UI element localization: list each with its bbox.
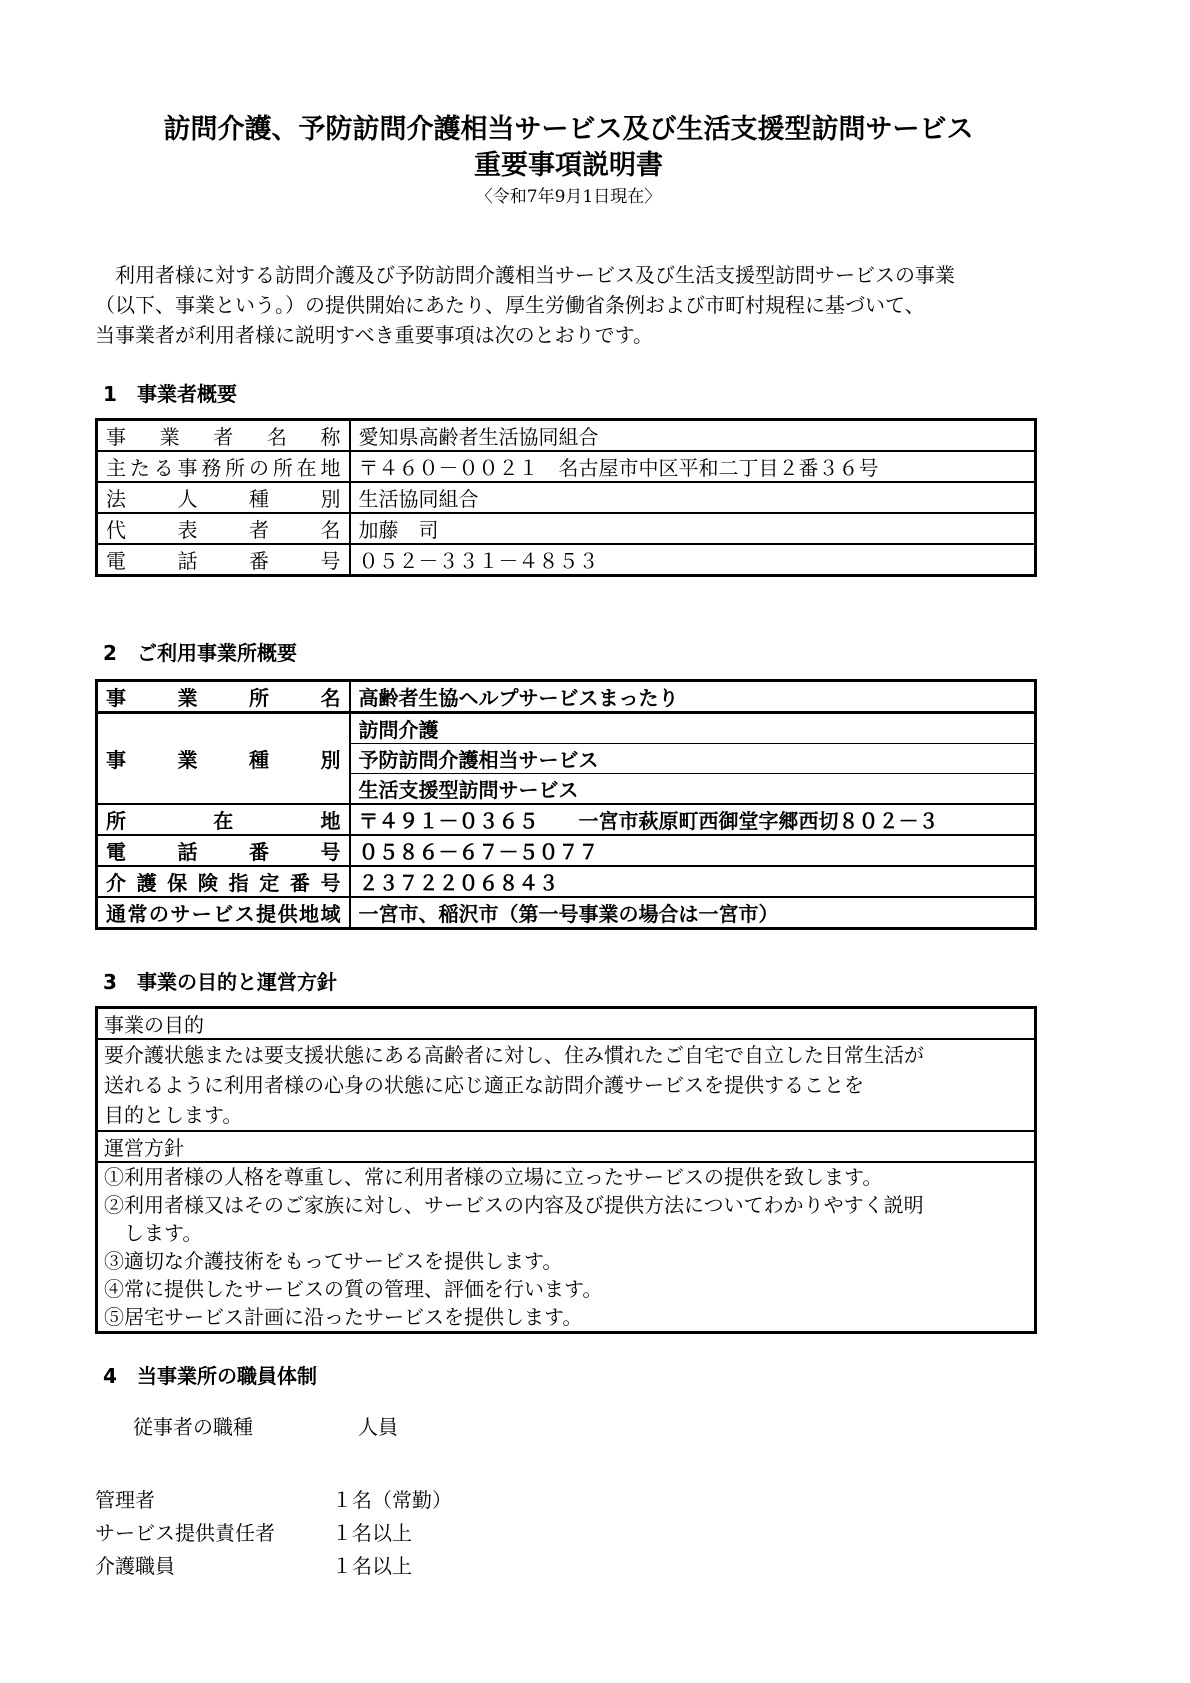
document-title-line-1: 訪問介護、予防訪問介護相当サービス及び生活支援型訪問サービス	[95, 112, 1042, 148]
section-4-number: 4	[103, 1362, 137, 1390]
insurance-number-value: ２３７２２０６８４３	[350, 866, 1036, 897]
policy-text: ①利用者様の人格を尊重し、常に利用者様の立場に立ったサービスの提供を致します。 …	[97, 1162, 1036, 1333]
office-phone-value: ０５８６－６７－５０７７	[350, 835, 1036, 866]
table-row: 電 話 番 号 ０５２－３３１－４８５３	[97, 544, 1036, 576]
section-1-number: 1	[103, 380, 137, 408]
policy-line: ④常に提供したサービスの質の管理、評価を行います。	[104, 1275, 1028, 1303]
table-row: 事業の目的	[97, 1008, 1036, 1040]
section-4-heading: 4当事業所の職員体制	[95, 1362, 1042, 1390]
office-phone-label: 電 話 番 号	[97, 835, 350, 866]
representative-value: 加藤 司	[350, 513, 1036, 544]
policy-line: ①利用者様の人格を尊重し、常に利用者様の立場に立ったサービスの提供を致します。	[104, 1163, 1028, 1191]
head-office-address-label: 主たる事務所の所在地	[97, 451, 350, 482]
service-area-value: 一宮市、稲沢市（第一号事業の場合は一宮市）	[350, 897, 1036, 929]
staff-role: サービス提供責任者	[95, 1517, 332, 1550]
corporation-type-value: 生活協同組合	[350, 482, 1036, 513]
table-row: 事 業 種 別 訪問介護	[97, 713, 1036, 744]
provider-overview-table: 事 業 者 名 称 愛知県高齢者生活協同組合 主たる事務所の所在地 〒４６０－０…	[95, 418, 1037, 577]
insurance-number-label: 介 護 保 険 指 定 番 号	[97, 866, 350, 897]
intro-line: 当事業者が利用者様に説明すべき重要事項は次のとおりです。	[95, 320, 1042, 350]
staff-table-header: 従事者の職種 人員	[95, 1412, 1042, 1442]
table-row: 主たる事務所の所在地 〒４６０－００２１ 名古屋市中区平和二丁目２番３６号	[97, 451, 1036, 482]
office-address-value: 〒４９１－０３６５ 一宮市萩原町西御堂字郷西切８０２－３	[350, 804, 1036, 835]
business-type-value: 予防訪問介護相当サービス	[350, 744, 1036, 774]
business-type-value: 訪問介護	[350, 713, 1036, 744]
table-row: 介 護 保 険 指 定 番 号 ２３７２２０６８４３	[97, 866, 1036, 897]
office-overview-table: 事 業 所 名 高齢者生協ヘルプサービスまったり 事 業 種 別 訪問介護 予防…	[95, 679, 1037, 930]
purpose-text: 要介護状態または要支援状態にある高齢者に対し、住み慣れたご自宅で自立した日常生活…	[97, 1039, 1036, 1131]
policy-line: します。	[104, 1219, 1028, 1247]
purpose-line: 要介護状態または要支援状態にある高齢者に対し、住み慣れたご自宅で自立した日常生活…	[104, 1040, 1028, 1070]
purpose-header: 事業の目的	[97, 1008, 1036, 1040]
section-3-number: 3	[103, 968, 137, 996]
document-page: 訪問介護、予防訪問介護相当サービス及び生活支援型訪問サービス 重要事項説明書 〈…	[0, 0, 1190, 1683]
staff-role-header: 従事者の職種	[133, 1412, 358, 1442]
table-row: ①利用者様の人格を尊重し、常に利用者様の立場に立ったサービスの提供を致します。 …	[97, 1162, 1036, 1333]
provider-name-value: 愛知県高齢者生活協同組合	[350, 420, 1036, 452]
table-row: 代 表 者 名 加藤 司	[97, 513, 1036, 544]
office-name-label: 事 業 所 名	[97, 681, 350, 713]
policy-line: ⑤居宅サービス計画に沿ったサービスを提供します。	[104, 1303, 1028, 1331]
document-title-line-2: 重要事項説明書	[95, 148, 1042, 184]
staff-count-header: 人員	[358, 1412, 398, 1442]
business-type-label: 事 業 種 別	[97, 713, 350, 805]
representative-label: 代 表 者 名	[97, 513, 350, 544]
business-type-value: 生活支援型訪問サービス	[350, 774, 1036, 805]
table-row: 事 業 所 名 高齢者生協ヘルプサービスまったり	[97, 681, 1036, 713]
service-area-label: 通常のサービス提供地域	[97, 897, 350, 929]
table-row: 法 人 種 別 生活協同組合	[97, 482, 1036, 513]
staff-count: １名以上	[332, 1550, 412, 1583]
corporation-type-label: 法 人 種 別	[97, 482, 350, 513]
section-3-title: 事業の目的と運営方針	[137, 970, 337, 994]
staff-count: １名（常勤）	[332, 1484, 452, 1517]
purpose-line: 送れるように利用者様の心身の状態に応じ適正な訪問介護サービスを提供することを	[104, 1070, 1028, 1100]
office-address-label: 所 在 地	[97, 804, 350, 835]
staff-row: 管理者 １名（常勤）	[95, 1484, 1042, 1517]
intro-line: 利用者様に対する訪問介護及び予防訪問介護相当サービス及び生活支援型訪問サービスの…	[95, 260, 1042, 290]
staff-list: 管理者 １名（常勤） サービス提供責任者 １名以上 介護職員 １名以上	[95, 1484, 1042, 1583]
provider-phone-label: 電 話 番 号	[97, 544, 350, 576]
staff-count: １名以上	[332, 1517, 412, 1550]
date-note: 〈令和7年9月1日現在〉	[95, 184, 1042, 210]
staff-role: 管理者	[95, 1484, 332, 1517]
provider-phone-value: ０５２－３３１－４８５３	[350, 544, 1036, 576]
section-1-title: 事業者概要	[137, 382, 237, 406]
staff-role: 介護職員	[95, 1550, 332, 1583]
table-row: 電 話 番 号 ０５８６－６７－５０７７	[97, 835, 1036, 866]
table-row: 要介護状態または要支援状態にある高齢者に対し、住み慣れたご自宅で自立した日常生活…	[97, 1039, 1036, 1131]
office-name-value: 高齢者生協ヘルプサービスまったり	[350, 681, 1036, 713]
purpose-line: 目的とします。	[104, 1100, 1028, 1130]
staff-row: サービス提供責任者 １名以上	[95, 1517, 1042, 1550]
policy-line: ②利用者様又はそのご家族に対し、サービスの内容及び提供方法についてわかりやすく説…	[104, 1191, 1028, 1219]
document-content: 訪問介護、予防訪問介護相当サービス及び生活支援型訪問サービス 重要事項説明書 〈…	[95, 112, 1042, 1583]
intro-paragraph: 利用者様に対する訪問介護及び予防訪問介護相当サービス及び生活支援型訪問サービスの…	[95, 260, 1042, 350]
section-3-heading: 3事業の目的と運営方針	[95, 968, 1042, 996]
section-2-number: 2	[103, 639, 137, 667]
section-4-title: 当事業所の職員体制	[137, 1364, 317, 1388]
provider-name-label: 事 業 者 名 称	[97, 420, 350, 452]
section-1-heading: 1事業者概要	[95, 380, 1042, 408]
policy-header: 運営方針	[97, 1131, 1036, 1162]
section-2-heading: 2ご利用事業所概要	[95, 639, 1042, 667]
staff-row: 介護職員 １名以上	[95, 1550, 1042, 1583]
policy-line: ③適切な介護技術をもってサービスを提供します。	[104, 1247, 1028, 1275]
intro-line: （以下、事業という。）の提供開始にあたり、厚生労働省条例および市町村規程に基づい…	[95, 290, 1042, 320]
head-office-address-value: 〒４６０－００２１ 名古屋市中区平和二丁目２番３６号	[350, 451, 1036, 482]
table-row: 所 在 地 〒４９１－０３６５ 一宮市萩原町西御堂字郷西切８０２－３	[97, 804, 1036, 835]
table-row: 事 業 者 名 称 愛知県高齢者生活協同組合	[97, 420, 1036, 452]
table-row: 通常のサービス提供地域 一宮市、稲沢市（第一号事業の場合は一宮市）	[97, 897, 1036, 929]
section-2-title: ご利用事業所概要	[137, 641, 297, 665]
table-row: 運営方針	[97, 1131, 1036, 1162]
purpose-policy-table: 事業の目的 要介護状態または要支援状態にある高齢者に対し、住み慣れたご自宅で自立…	[95, 1006, 1037, 1334]
